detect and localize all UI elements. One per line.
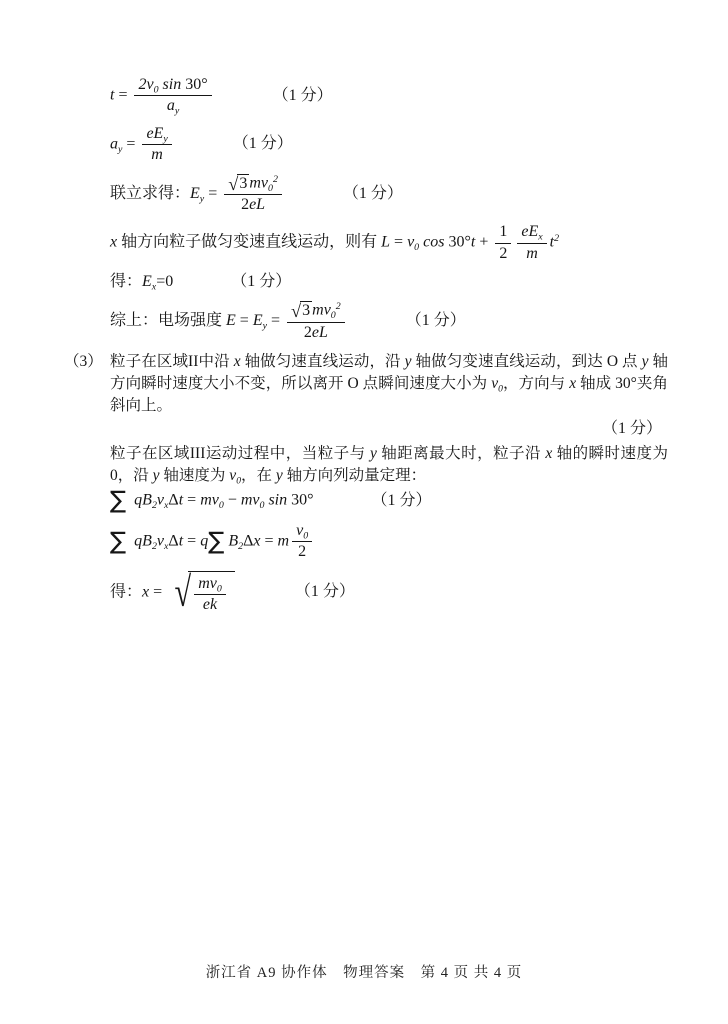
text-run: 2 [298,543,306,560]
math-superscript: 2 [273,173,278,184]
formula-line: t = 2v0 sin 30°ay（1 分） [110,76,668,116]
fraction-numerator: v0 [292,522,312,542]
fraction-numerator: √3mv02 [287,301,345,322]
text-run: 30° [444,234,470,251]
text-run: = [236,312,253,329]
text-run: ，在 [241,467,276,484]
text-run: 30° [287,492,313,509]
text-run: Δ [168,532,178,549]
fraction: 12 [495,223,511,263]
math-variable: x [253,532,260,549]
math-variable: mv [198,575,217,592]
math-subscript: 0 [303,530,308,541]
math-variable: a [167,97,175,114]
paragraph-body: 粒子在区域II中沿 x 轴做匀速直线运动，沿 y 轴做匀变速直线运动，到达 O … [110,351,668,417]
paragraph-body: 粒子在区域III运动过程中，当粒子与 y 轴距离最大时，粒子沿 x 轴的瞬时速度… [110,443,668,487]
math-variable: qB [134,532,152,549]
math-variable: v [157,532,164,549]
square-root: √3 [291,301,312,320]
fraction-denominator: 2eL [224,195,282,214]
math-variable: cos [419,234,444,251]
paragraph-marker [64,443,110,487]
math-variable: v [157,492,164,509]
fraction: √3mv022eL [224,174,282,215]
text-run: 3 [239,175,247,192]
text-run: = [267,312,284,329]
formula-line: 综上：电场强度 E = Ey = √3mv022eL（1 分） [110,301,668,342]
math-variable: q [200,532,208,549]
formula-line: x 轴方向粒子做匀变速直线运动，则有 L = v0 cos 30°t + 12e… [110,223,668,263]
math-variable: m [526,245,538,262]
formula-line: 得：x = √mv0ek（1 分） [110,571,668,615]
score-label: （1 分） [273,87,333,104]
text-run: 轴方向列动量定理： [283,467,426,484]
fraction-denominator: m [517,244,546,263]
text-run: 粒子在区域III运动过程中，当粒子与 [110,445,370,462]
page-footer: 浙江省 A9 协作体 物理答案 第 4 页 共 4 页 [0,961,728,982]
text-run: 得： [110,273,142,290]
square-root-body: mv0ek [188,571,235,615]
text-run: =0 [156,273,173,290]
text-run: 轴距离最大时，粒子沿 [377,445,545,462]
score-label: （1 分） [231,273,291,290]
document-lines: t = 2v0 sin 30°ay（1 分）ay = eEym（1 分）联立求得… [0,0,728,623]
fraction-numerator: eEy [142,125,171,145]
formula-line: ay = eEym（1 分） [110,125,668,165]
text-run: = [122,135,139,152]
text-run: = [261,532,278,549]
text-run: 联立求得： [110,185,190,202]
fraction: v02 [292,522,312,562]
score-line: （1 分） [64,419,668,439]
paragraph-marker: （3） [64,351,110,417]
text-run: = [149,583,166,600]
formula-line: 联立求得：Ey = √3mv022eL（1 分） [110,174,668,215]
fraction-denominator: ek [194,595,226,614]
text-run: 2 [241,196,249,213]
text-run: ，方向与 [503,375,569,392]
fraction-denominator: ay [134,96,211,115]
square-root-body: 3 [300,301,312,320]
math-variable: mv [200,492,219,509]
math-variable: sin [264,492,287,509]
math-variable: eE [521,223,538,240]
math-variable: mv [241,492,260,509]
text-run: 轴做匀变速直线运动，到达 O 点 [412,353,642,370]
text-run: + [475,234,492,251]
math-variable: y [276,467,283,484]
math-variable: a [110,135,118,152]
math-variable: B [228,532,238,549]
math-variable: qB [134,492,152,509]
text-run: 轴速度为 [160,467,230,484]
summation-symbol: ∑ [208,527,224,555]
math-subscript: y [175,106,179,117]
math-variable: y [405,353,412,370]
radical-sign: √ [175,572,192,614]
math-variable: y [370,445,377,462]
fraction-denominator: 2eL [287,323,345,342]
text-run: − [224,492,241,509]
math-variable: L [381,234,390,251]
math-variable: mv [312,302,331,319]
text-run: 1 [499,223,507,240]
math-variable: sin [159,76,182,93]
math-variable: m [151,146,163,163]
math-variable: E [253,312,263,329]
formula-line: ∑ qB2vxΔt = mv0 − mv0 sin 30°（1 分） [110,489,668,513]
fraction-denominator: m [142,145,171,164]
math-variable: eE [146,125,163,142]
text-run: 综上：电场强度 [110,312,226,329]
fraction-numerator: mv0 [194,575,226,595]
summation-symbol: ∑ [110,486,126,514]
text-run: 粒子在区域II中沿 [110,353,234,370]
text-run: 轴做匀速直线运动，沿 [241,353,405,370]
fraction-numerator: eEx [517,223,546,243]
fraction: √3mv022eL [287,301,345,342]
math-variable: E [142,273,152,290]
text-run: 3 [302,302,310,319]
square-root: √mv0ek [168,571,235,615]
math-variable: y [642,353,649,370]
math-variable: m [278,532,290,549]
math-variable: x [234,353,241,370]
fraction-numerator: √3mv02 [224,174,282,195]
fraction-denominator: 2 [292,542,312,561]
formula-line: 得：Ex=0（1 分） [110,272,668,292]
text-run: 轴方向粒子做匀变速直线运动，则有 [117,234,381,251]
text-run: = [390,234,407,251]
fraction: eEym [142,125,171,165]
document-page: t = 2v0 sin 30°ay（1 分）ay = eEym（1 分）联立求得… [0,0,728,1024]
paragraph: 粒子在区域III运动过程中，当粒子与 y 轴距离最大时，粒子沿 x 轴的瞬时速度… [64,443,668,487]
math-variable: eL [312,324,328,341]
formula-line: ∑ qB2vxΔt = q∑B2Δx = mv02 [110,522,668,562]
fraction: mv0ek [194,575,226,615]
text-run: 2 [499,245,507,262]
text-run: = [183,532,200,549]
score-label: （1 分） [343,185,403,202]
math-variable: mv [249,174,268,191]
math-variable: y [153,467,160,484]
score-label: （1 分） [602,420,662,437]
text-run: 30° [181,76,207,93]
square-root: √3 [228,174,249,193]
text-run: = [114,87,131,104]
summation-symbol: ∑ [110,527,126,555]
square-root-body: 3 [237,174,249,193]
math-variable: E [190,185,200,202]
math-variable: eL [249,196,265,213]
math-superscript: 2 [336,301,341,312]
math-variable: E [226,312,236,329]
fraction-numerator: 2v0 sin 30° [134,76,211,96]
fraction: eExm [517,223,546,263]
math-variable: ek [203,596,217,613]
text-run: 得： [110,583,142,600]
paragraph: （3）粒子在区域II中沿 x 轴做匀速直线运动，沿 y 轴做匀变速直线运动，到达… [64,351,668,417]
math-variable: 2v [138,76,153,93]
score-label: （1 分） [295,583,355,600]
math-superscript: 2 [554,233,559,244]
score-label: （1 分） [233,135,293,152]
math-subscript: 0 [217,583,222,594]
fraction: 2v0 sin 30°ay [134,76,211,116]
score-label: （1 分） [372,492,432,509]
text-run: 2 [304,324,312,341]
text-run: Δ [168,492,178,509]
fraction-denominator: 2 [495,244,511,263]
text-run: Δ [243,532,253,549]
fraction-numerator: 1 [495,223,511,243]
score-label: （1 分） [406,312,466,329]
math-subscript: y [163,133,167,144]
text-run: = [183,492,200,509]
text-run: = [204,185,221,202]
math-subscript: x [538,232,542,243]
